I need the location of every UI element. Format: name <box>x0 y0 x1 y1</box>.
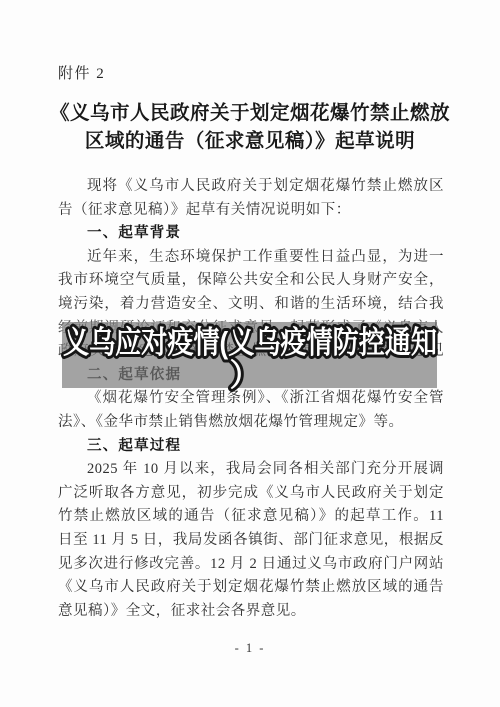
document-line: 境污染，着力营造安全、文明、和谐的生活环境，结合我市实际， <box>58 293 444 317</box>
watermark-text-line1: 义乌应对疫情(义乌疫情防控通知 <box>63 325 437 360</box>
document-page: 附件 2 《义乌市人民政府关于划定烟花爆竹禁止燃放 区域的通告（征求意见稿）》起… <box>0 0 500 707</box>
section-heading: 三、起草过程 <box>58 435 444 459</box>
document-line: 意见稿）》全文，征求社会各界意见。 <box>58 600 444 624</box>
document-title: 《义乌市人民政府关于划定烟花爆竹禁止燃放 区域的通告（征求意见稿）》起草说明 <box>20 100 480 155</box>
document-title-line2: 区域的通告（征求意见稿）》起草说明 <box>20 128 480 156</box>
watermark-text-line2: ） <box>230 358 261 393</box>
document-line: 法》、《金华市禁止销售燃放烟花爆竹管理规定》等。 <box>58 411 444 435</box>
document-title-line1: 《义乌市人民政府关于划定烟花爆竹禁止燃放 <box>20 100 480 128</box>
document-line: 现将《义乌市人民政府关于划定烟花爆竹禁止燃放区域的通 <box>58 175 444 199</box>
document-line: 近年来，生态环境保护工作重要性日益凸显，为进一步提升 <box>58 246 444 270</box>
document-line: 2025 年 10 月以来，我局会同各相关部门充分开展调研评估， <box>58 458 444 482</box>
document-line: 竹禁止燃放区域的通告（征求意见稿）》的起草工作。11 月 3 <box>58 505 444 529</box>
document-line: 我市环境空气质量，保障公共安全和公民人身财产安全，防止环 <box>58 269 444 293</box>
watermark-text: 义乌应对疫情(义乌疫情防控通知 ） <box>0 316 500 400</box>
attachment-label: 附件 2 <box>58 62 105 83</box>
document-line: 见多次进行修改完善。12 月 2 日通过义乌市政府门户网站公布 <box>58 553 444 577</box>
page-number: - 1 - <box>0 641 500 656</box>
document-line: 告（征求意见稿）》起草有关情况说明如下： <box>58 199 444 223</box>
document-line: 广泛听取各方意见，初步完成《义乌市人民政府关于划定烟花爆 <box>58 482 444 506</box>
document-line: 《义乌市人民政府关于划定烟花爆竹禁止燃放区域的通告（征求 <box>58 576 444 600</box>
section-heading: 一、起草背景 <box>58 222 444 246</box>
document-line: 日至 11 月 5 日，我局发函各镇街、部门征求意见，根据反馈意 <box>58 529 444 553</box>
